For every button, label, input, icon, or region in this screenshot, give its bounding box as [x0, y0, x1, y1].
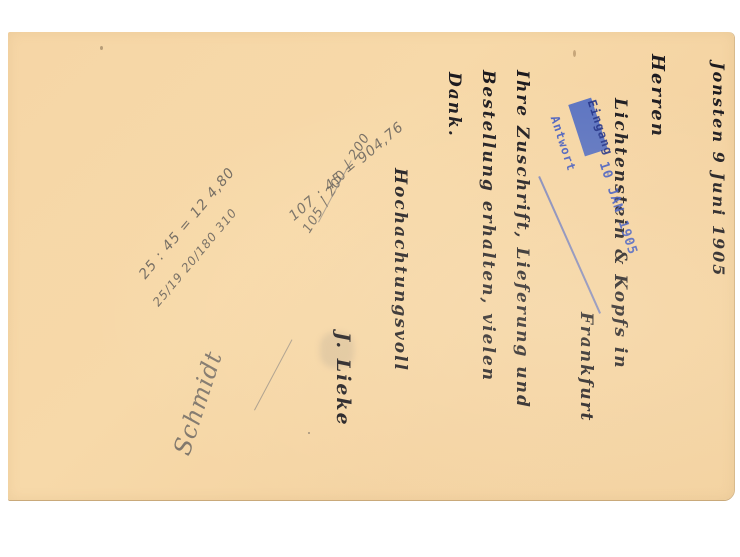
letter-line-2: Frankfurt	[576, 312, 596, 422]
pencil-signature: Schmidt	[168, 347, 228, 458]
stamp-rule-line	[538, 176, 601, 314]
letter-line-5: Dank.	[444, 72, 464, 138]
pencil-calc-2: 105 / 200 / 200	[300, 131, 374, 236]
pencil-signature-stroke	[254, 339, 292, 410]
salutation: Herren	[647, 54, 668, 138]
paper-speck	[573, 50, 576, 57]
paper-speck	[100, 46, 103, 50]
signature: J. Lieke	[332, 332, 354, 427]
postcard: Jonsten 9 Juni 1905 Herren Lichtenstein …	[8, 32, 734, 500]
dateline: Jonsten 9 Juni 1905	[709, 62, 728, 277]
closing: Hochachtungsvoll	[390, 168, 410, 372]
letter-line-4: Bestellung erhalten, vielen	[478, 70, 498, 382]
paper-speck	[308, 432, 310, 434]
letter-line-3: Ihre Zuschrift, Lieferung und	[512, 70, 532, 409]
